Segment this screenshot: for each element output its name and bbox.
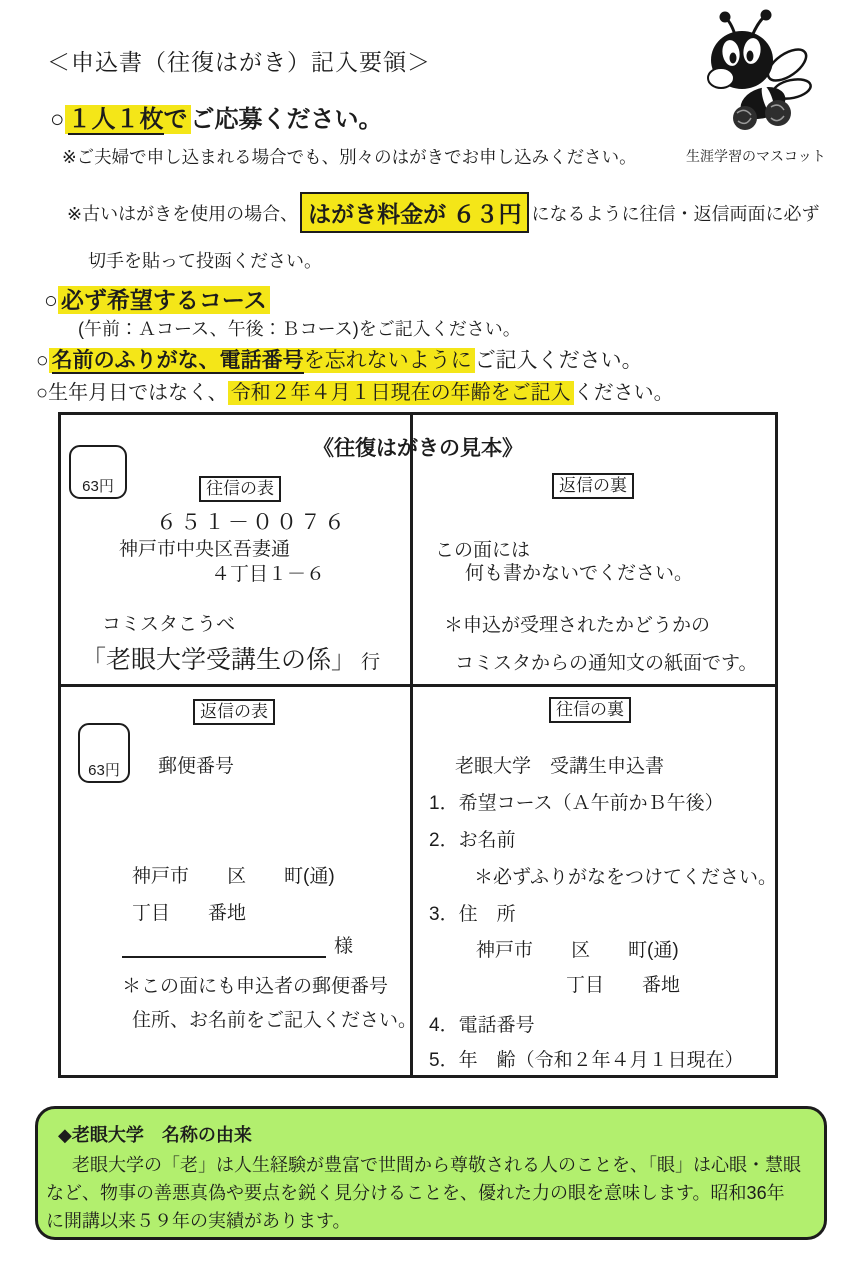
bullet-marker: ○ [44, 287, 58, 313]
reply-front-postal-label: 郵便番号 [158, 751, 234, 778]
form-title: 老眼大学 受講生申込書 [455, 751, 664, 778]
origin-box-line3: に開講以来５９年の実績があります。 [46, 1207, 351, 1233]
scanned-document-page: ＜申込書（往復はがき）記入要領＞ 生涯学習のマスコット ○１人１枚でご応募くださ… [0, 0, 866, 1272]
addressee-row: 様 [122, 931, 353, 958]
postage-note-pre: ※古いはがきを使用の場合、 [67, 200, 298, 226]
form-item-course: 1．希望コース（Ａ午前かＢ午後） [429, 788, 724, 815]
rule-furigana-phone: ○名前のふりがな、電話番号を忘れないようにご記入ください。 [36, 344, 643, 374]
course-detail-note: (午前：Ａコース、午後：Ｂコース)をご記入ください。 [78, 315, 521, 341]
form-item-address-line2: 丁目 番地 [566, 970, 680, 997]
origin-box-title: ◆老眼大学 名称の由来 [58, 1121, 252, 1147]
rule-furigana-phone-rest: ご記入ください。 [475, 349, 643, 372]
bee-mascot-illustration [688, 8, 820, 142]
reply-front-note-line2: 住所、お名前をご記入ください。 [132, 1005, 417, 1032]
table-vertical-divider [410, 415, 413, 1075]
form-item-address-line1: 神戸市 区 町(通) [476, 935, 679, 962]
addressee-suffix: 様 [334, 931, 353, 958]
postcard-sample-table: 《往復はがきの見本》 63円 往信の表 ６５１－００７６ 神戸市中央区吾妻通 ４… [58, 412, 778, 1078]
addressee-blank-line [122, 932, 326, 958]
stamp-value: 63円 [82, 475, 114, 496]
reply-back-line4: コミスタからの通知文の紙面です。 [455, 648, 757, 675]
stamp-value: 63円 [88, 759, 120, 780]
rule-age-pre: ○生年月日ではなく、 [36, 382, 228, 404]
stamp-box-reply: 63円 [78, 723, 130, 783]
sample-heading: 《往復はがきの見本》 [61, 432, 775, 462]
reply-front-address-line1: 神戸市 区 町(通) [132, 861, 335, 888]
outgoing-recipient: 「老眼大学受講生の係」行 [81, 640, 380, 676]
rule-one-per-person-rest: ご応募ください。 [191, 106, 383, 133]
cell-label-reply-front: 返信の表 [193, 699, 275, 725]
rule-one-per-person: ○１人１枚でご応募ください。 [50, 99, 383, 134]
origin-box-line1: 老眼大学の「老」は人生経験が豊富で世間から尊敬される人のことを、「眼」は心眼・慧… [54, 1151, 801, 1177]
bullet-marker: ○ [36, 349, 49, 372]
reply-back-line2: 何も書かないでください。 [465, 558, 693, 585]
old-postcard-postage-note: ※古いはがきを使用の場合、はがき料金が ６３円になるように往信・返信両面に必ず [67, 192, 819, 233]
couples-note: ※ご夫婦で申し込まれる場合でも、別々のはがきでお申し込みください。 [62, 144, 637, 169]
mascot-caption: 生涯学習のマスコット [686, 146, 826, 166]
postage-note-line2: 切手を貼って投函ください。 [88, 247, 322, 273]
postage-note-post: になるように往信・返信両面に必ず [531, 200, 819, 226]
cell-label-outgoing-front: 往信の表 [199, 476, 281, 502]
university-name-origin-box: ◆老眼大学 名称の由来 老眼大学の「老」は人生経験が豊富で世間から尊敬される人の… [35, 1106, 827, 1240]
form-item-address: 3．住 所 [429, 899, 516, 926]
rule-age-post: ください。 [574, 382, 674, 404]
reply-front-note-line1: ＊この面にも申込者の郵便番号 [122, 971, 388, 998]
rule-furigana-phone-hl-tail: を忘れないように [304, 349, 472, 372]
rule-desired-course-highlight: 必ず希望するコース [58, 286, 270, 314]
rule-desired-course: ○必ず希望するコース [44, 282, 270, 315]
rule-age-highlight: 令和２年４月１日現在の年齢をご記入 [228, 381, 574, 405]
page-title: ＜申込書（往復はがき）記入要領＞ [47, 44, 431, 77]
outgoing-address-line2: ４丁目１－６ [211, 559, 325, 586]
cell-label-reply-back: 返信の裏 [552, 473, 634, 499]
rule-furigana-phone-emphasis: 名前のふりがな、電話番号 [52, 349, 304, 374]
outgoing-org-name: コミスタこうべ [102, 609, 235, 636]
form-item-name: 2．お名前 [429, 825, 516, 852]
rule-age-as-of-date: ○生年月日ではなく、令和２年４月１日現在の年齢をご記入ください。 [36, 376, 674, 405]
rule-one-per-person-emphasis: １人１枚 [68, 106, 164, 135]
form-item-age: 5．年 齢（令和２年４月１日現在） [429, 1045, 744, 1072]
recipient-suffix: 行 [361, 652, 380, 673]
form-item-phone: 4．電話番号 [429, 1010, 535, 1037]
stamp-box-outgoing: 63円 [69, 445, 127, 499]
origin-box-line2: など、物事の善悪真偽や要点を鋭く見分けることを、優れた力の眼を意味します。昭和3… [46, 1179, 785, 1205]
postal-code: ６５１－００７６ [156, 506, 348, 536]
rule-one-per-person-hl-tail: で [164, 106, 188, 133]
reply-front-address-line2: 丁目 番地 [132, 898, 246, 925]
cell-label-outgoing-back: 往信の裏 [549, 697, 631, 723]
table-horizontal-divider [61, 684, 775, 687]
postage-fee-box: はがき料金が ６３円 [300, 192, 529, 233]
outgoing-address-line1: 神戸市中央区吾妻通 [119, 534, 290, 561]
form-item-name-note: ＊必ずふりがなをつけてください。 [474, 862, 777, 889]
reply-back-line3: ＊申込が受理されたかどうかの [444, 610, 710, 637]
bullet-marker: ○ [50, 106, 65, 133]
